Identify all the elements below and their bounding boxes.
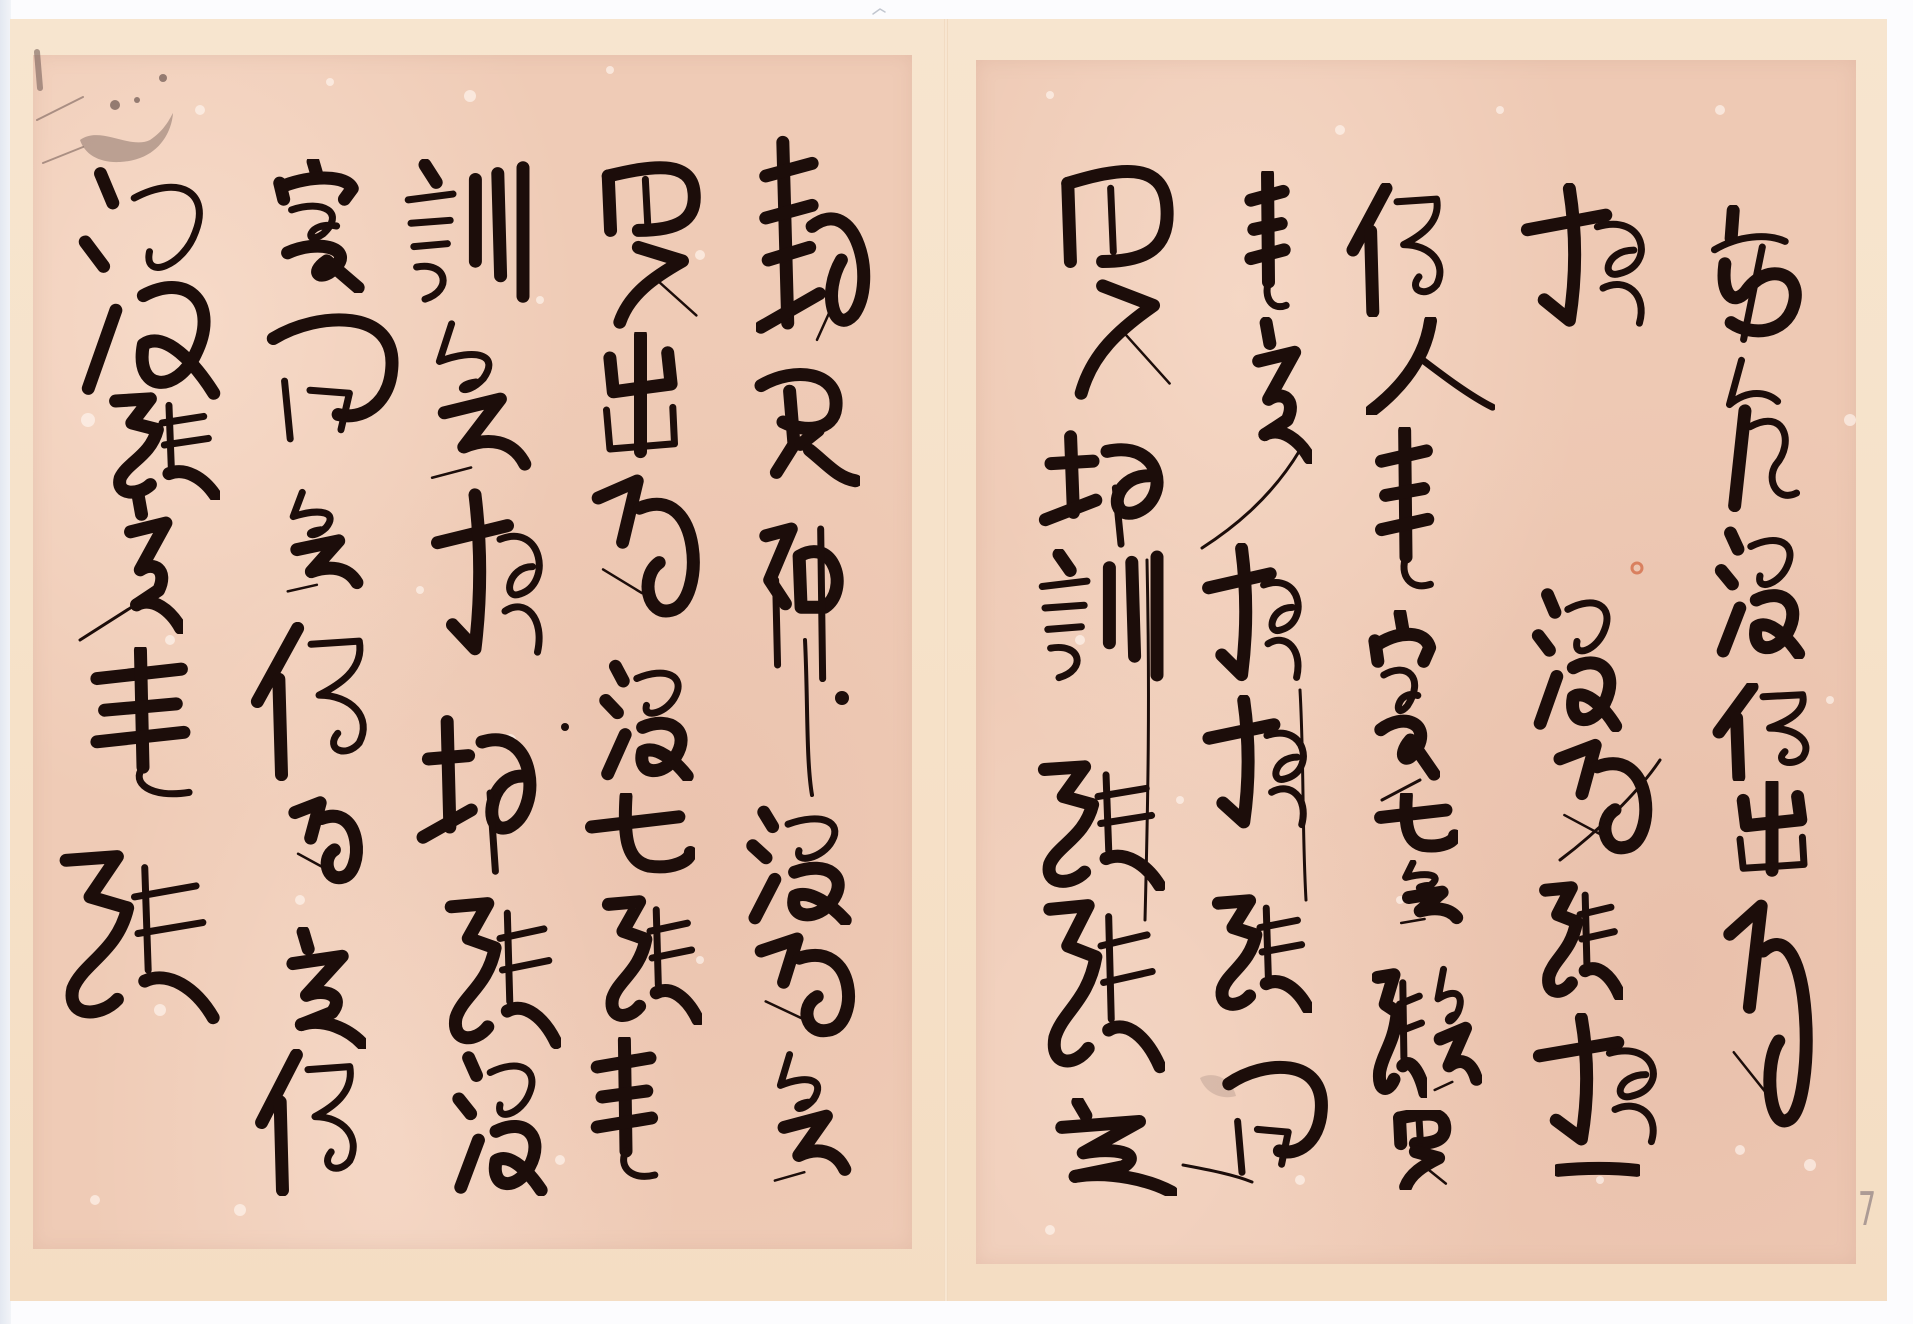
page-number: 7: [1858, 1186, 1876, 1232]
album-leaf-left: [33, 55, 912, 1249]
album-leaf-right: [976, 60, 1856, 1264]
album-fold: [944, 19, 948, 1301]
